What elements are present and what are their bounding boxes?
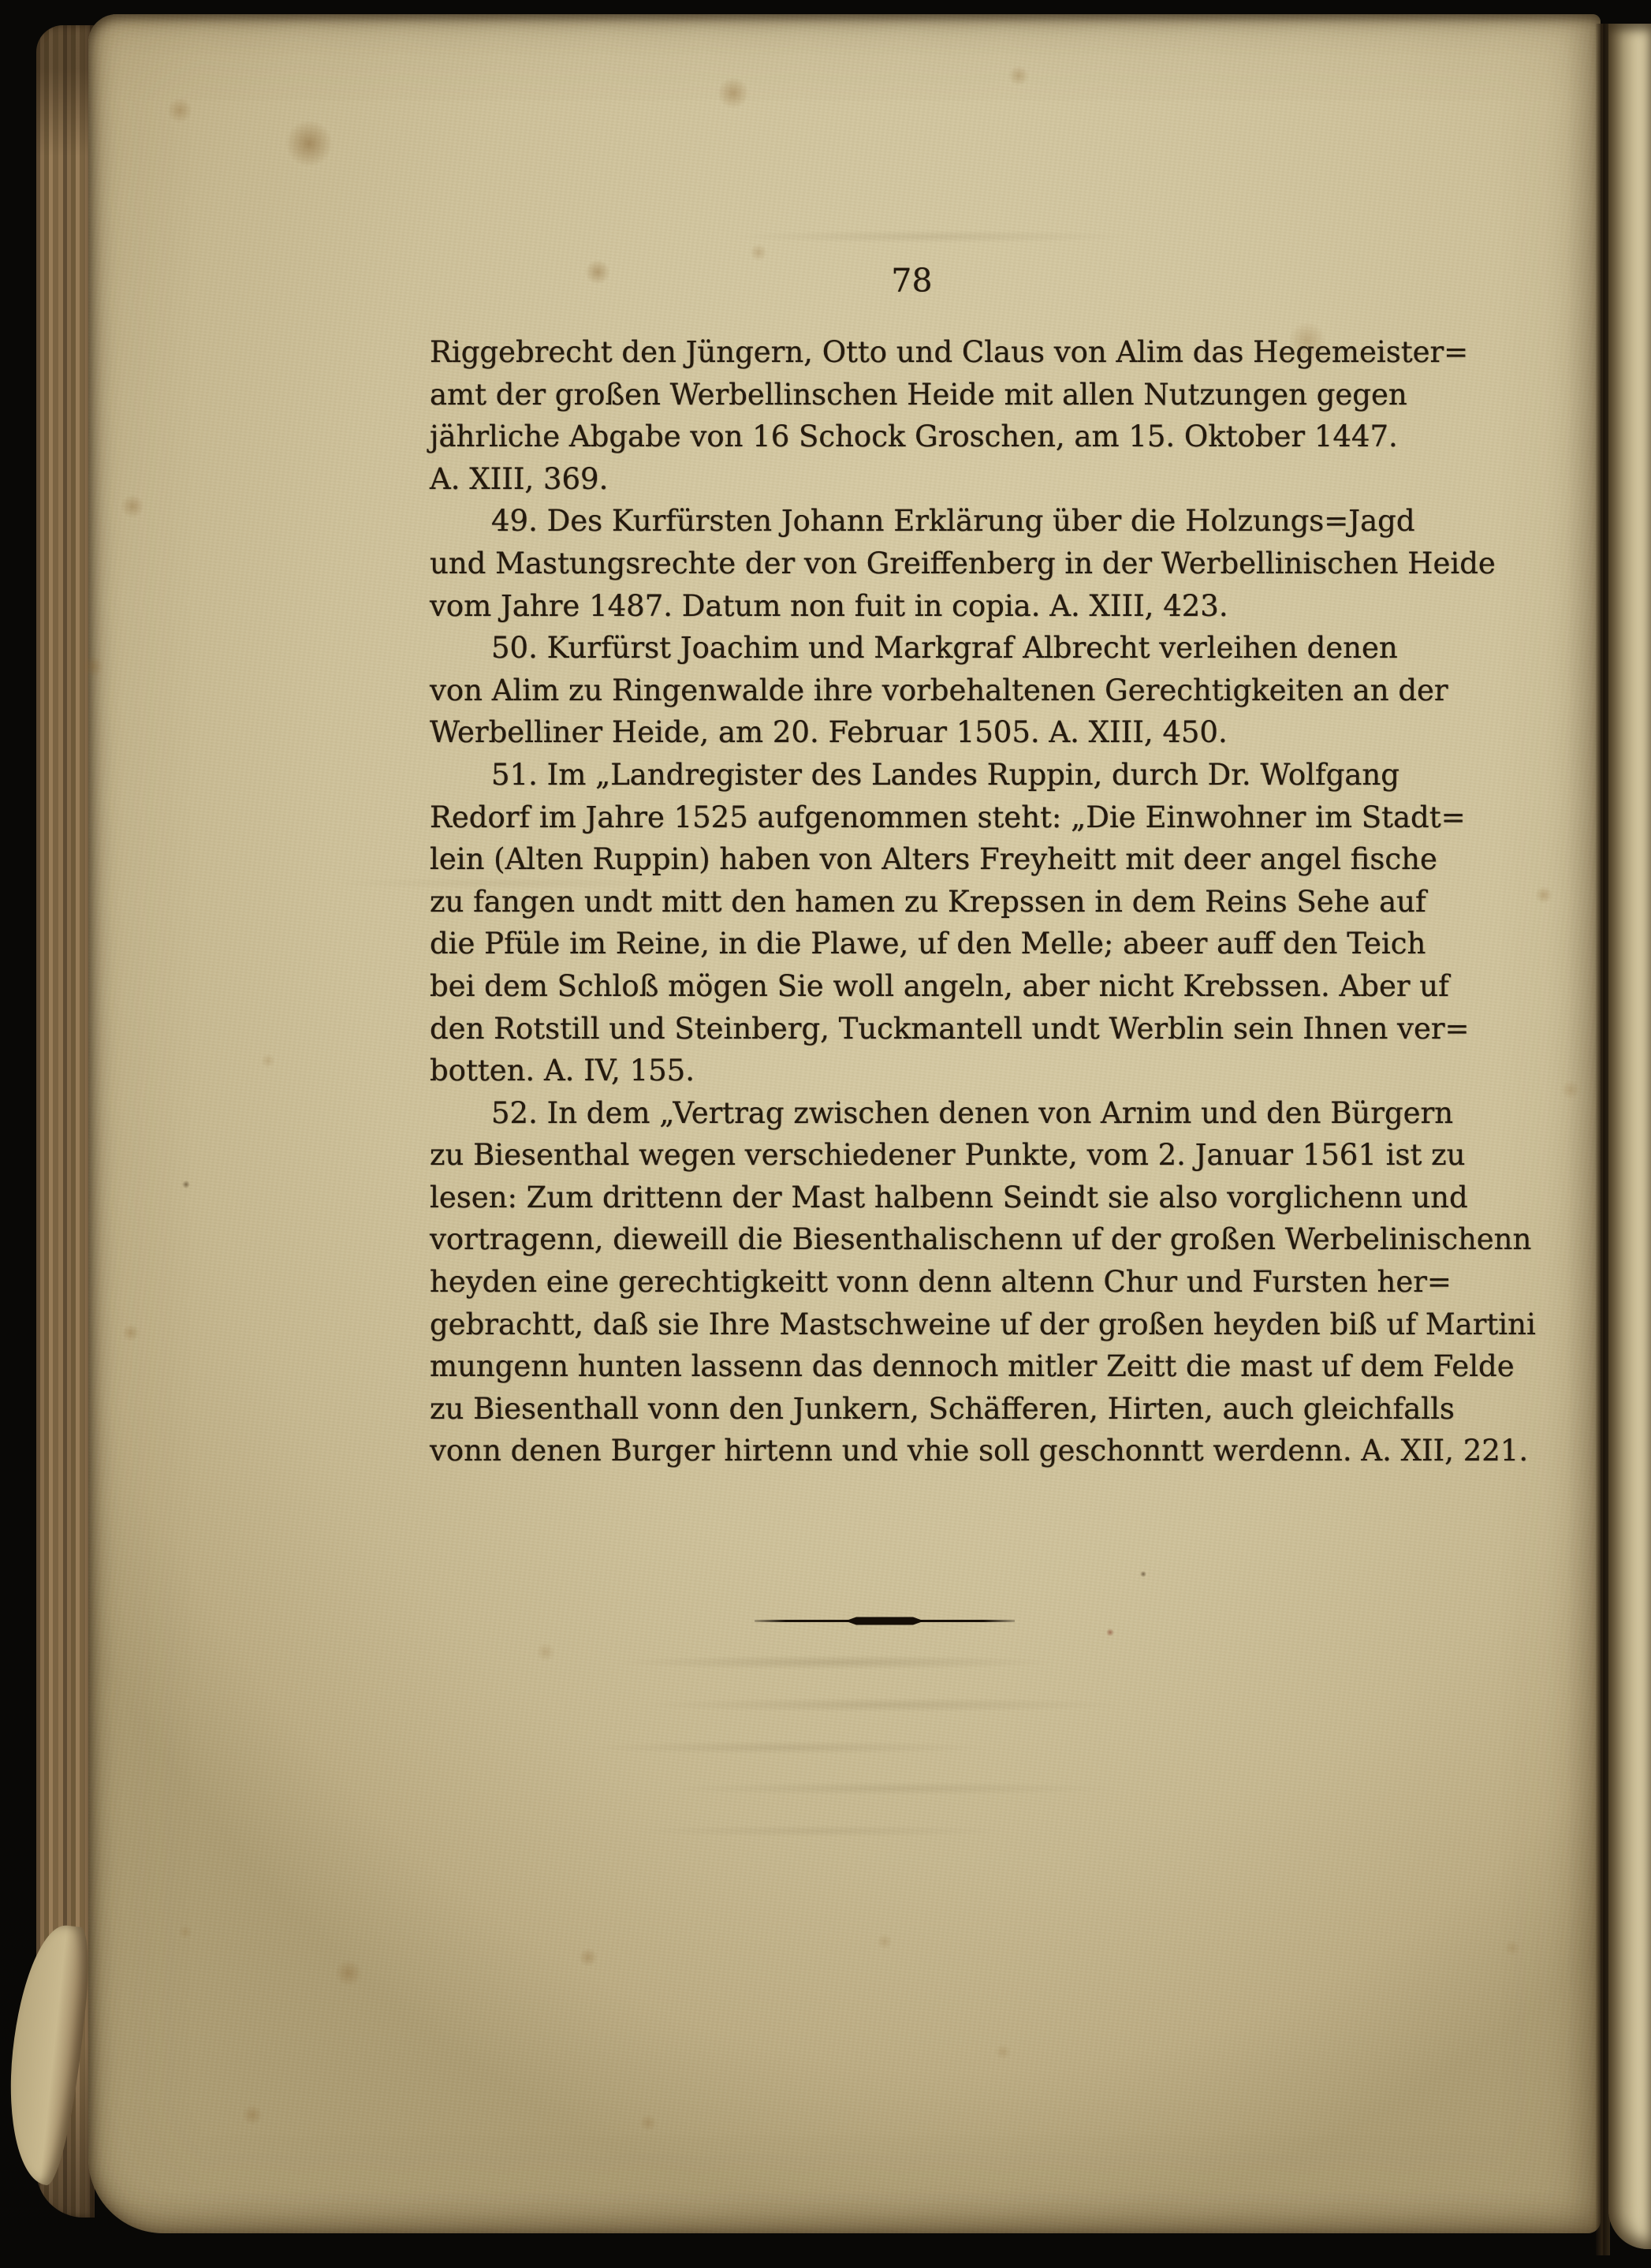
text-line: gebrachtt, daß sie Ihre Mastschweine uf … bbox=[430, 1304, 1394, 1346]
text-line: zu Biesenthall vonn den Junkern, Schäffe… bbox=[430, 1388, 1394, 1431]
text-line: 51. Im „Landregister des Landes Ruppin, … bbox=[430, 754, 1394, 796]
paragraph-continuation: Riggebrecht den Jüngern, Otto und Claus … bbox=[430, 331, 1394, 500]
paragraph-item-50: 50. Kurfürst Joachim und Markgraf Albrec… bbox=[430, 627, 1394, 754]
text-line: Riggebrecht den Jüngern, Otto und Claus … bbox=[430, 331, 1394, 374]
text-line: 52. In dem „Vertrag zwischen denen von A… bbox=[430, 1092, 1394, 1135]
text-line: zu fangen undt mitt den hamen zu Krepsse… bbox=[430, 881, 1394, 923]
section-divider-ornament bbox=[755, 1613, 1015, 1628]
divider-lens-icon bbox=[845, 1616, 924, 1626]
text-line: die Pfüle im Reine, in die Plawe, uf den… bbox=[430, 923, 1394, 965]
text-line: vom Jahre 1487. Datum non fuit in copia.… bbox=[430, 585, 1394, 628]
text-line: botten. A. IV, 155. bbox=[430, 1050, 1394, 1092]
text-line: von Alim zu Ringenwalde ihre vorbehalten… bbox=[430, 670, 1394, 712]
text-line: zu Biesenthal wegen verschiedener Punkte… bbox=[430, 1134, 1394, 1177]
text-line: jährliche Abgabe von 16 Schock Groschen,… bbox=[430, 416, 1394, 458]
paragraph-item-51: 51. Im „Landregister des Landes Ruppin, … bbox=[430, 754, 1394, 1092]
text-line: heyden eine gerechtigkeitt vonn denn alt… bbox=[430, 1261, 1394, 1304]
text-line: den Rotstill und Steinberg, Tuckmantell … bbox=[430, 1008, 1394, 1050]
text-line: vortragenn, dieweill die Biesenthalische… bbox=[430, 1218, 1394, 1261]
page-stack-edge bbox=[36, 25, 95, 2218]
scanned-book-spread: 78 Riggebrecht den Jüngern, Otto und Cla… bbox=[0, 0, 1651, 2268]
text-line: und Mastungsrechte der von Greiffenberg … bbox=[430, 543, 1394, 585]
text-line: lein (Alten Ruppin) haben von Alters Fre… bbox=[430, 838, 1394, 881]
text-line: mungenn hunten lassenn das dennoch mitle… bbox=[430, 1345, 1394, 1388]
text-line: 50. Kurfürst Joachim und Markgraf Albrec… bbox=[430, 627, 1394, 670]
text-line: bei dem Schloß mögen Sie woll angeln, ab… bbox=[430, 965, 1394, 1008]
text-line: vonn denen Burger hirtenn und vhie soll … bbox=[430, 1430, 1394, 1472]
text-line: A. XIII, 369. bbox=[430, 458, 1394, 501]
text-line: 49. Des Kurfürsten Johann Erklärung über… bbox=[430, 500, 1394, 543]
text-block: Riggebrecht den Jüngern, Otto und Claus … bbox=[430, 331, 1394, 1472]
facing-page-sliver bbox=[1608, 24, 1651, 2249]
paragraph-item-52: 52. In dem „Vertrag zwischen denen von A… bbox=[430, 1092, 1394, 1472]
text-line: lesen: Zum drittenn der Mast halbenn Sei… bbox=[430, 1177, 1394, 1219]
page-number: 78 bbox=[430, 262, 1394, 300]
text-line: Redorf im Jahre 1525 aufgenommen steht: … bbox=[430, 796, 1394, 839]
paragraph-item-49: 49. Des Kurfürsten Johann Erklärung über… bbox=[430, 500, 1394, 627]
text-line: Werbelliner Heide, am 20. Februar 1505. … bbox=[430, 711, 1394, 754]
text-line: amt der großen Werbellinschen Heide mit … bbox=[430, 374, 1394, 416]
